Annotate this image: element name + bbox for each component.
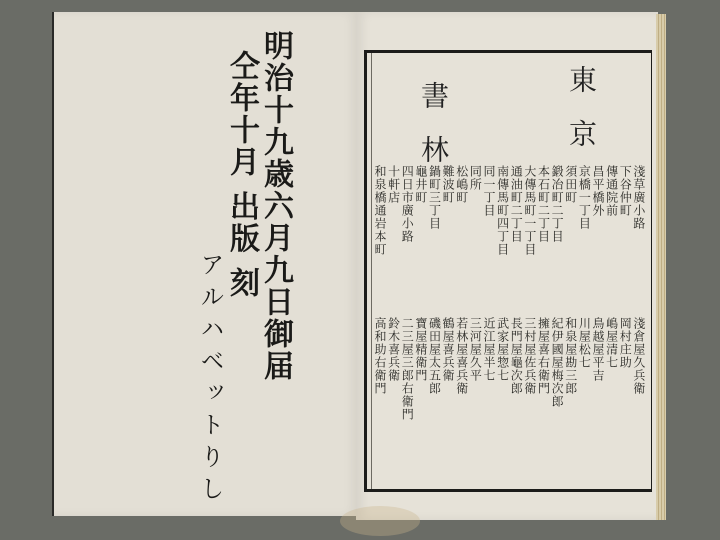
title-tokyo: 東京 [567,65,595,173]
publisher-entry: 三村屋佐兵衛 [523,317,536,493]
page-edges [656,14,666,520]
publisher-entry: 三河屋久平 [468,317,481,493]
publisher-entry: 淺倉屋久兵衛 [632,317,645,493]
publisher-entry: 鈴木喜兵衛 [387,317,400,493]
publisher-entry: 磯田屋太五郎 [428,317,441,493]
publisher-entry: 鶴屋喜兵衛 [441,317,454,493]
inscription-column-2: 仝年十月 出版 刻 [226,50,256,299]
open-book: 明治十九歳六月九日御届 仝年十月 出版 刻 アルハベットりし 東京 書林 淺草廣… [0,0,720,540]
printed-frame: 東京 書林 淺草廣小路 下谷仲町 傳通院前 昌平橋外 京橋一丁目 須田町 鍛冶町… [364,50,652,492]
publisher-entry: 鳥越屋平吉 [591,317,604,493]
publisher-entry: 寶屋精衛門 [414,317,427,493]
publisher-entry: 嶋屋清七 [605,317,618,493]
publisher-entry: 二三屋三郎右衛門 [400,317,413,493]
publisher-entry: 紀伊國屋梅次郎 [550,317,563,493]
publisher-entry: 川屋松七 [577,317,590,493]
publisher-entry: 高和助右衛門 [373,317,386,493]
publisher-entry: 岡村庄助 [618,317,631,493]
left-page: 明治十九歳六月九日御届 仝年十月 出版 刻 アルハベットりし [52,12,358,516]
publisher-entry: 近江屋半七 [482,317,495,493]
inscription-column-1: 明治十九歳六月九日御届 [260,30,290,382]
publisher-list: 淺倉屋久兵衛 岡村庄助 嶋屋清七 鳥越屋平吉 川屋松七 和泉屋勘三郎 紀伊國屋梅… [373,317,645,493]
publisher-entry: 擁屋喜右衛門 [537,317,550,493]
publisher-entry: 和泉屋勘三郎 [564,317,577,493]
water-stain [340,506,420,536]
publisher-entry: 若林屋喜兵衛 [455,317,468,493]
inscription-column-3: アルハベットりし [198,252,222,508]
publisher-entry: 長門屋龜次郎 [509,317,522,493]
publisher-entry: 武家屋惣七 [496,317,509,493]
